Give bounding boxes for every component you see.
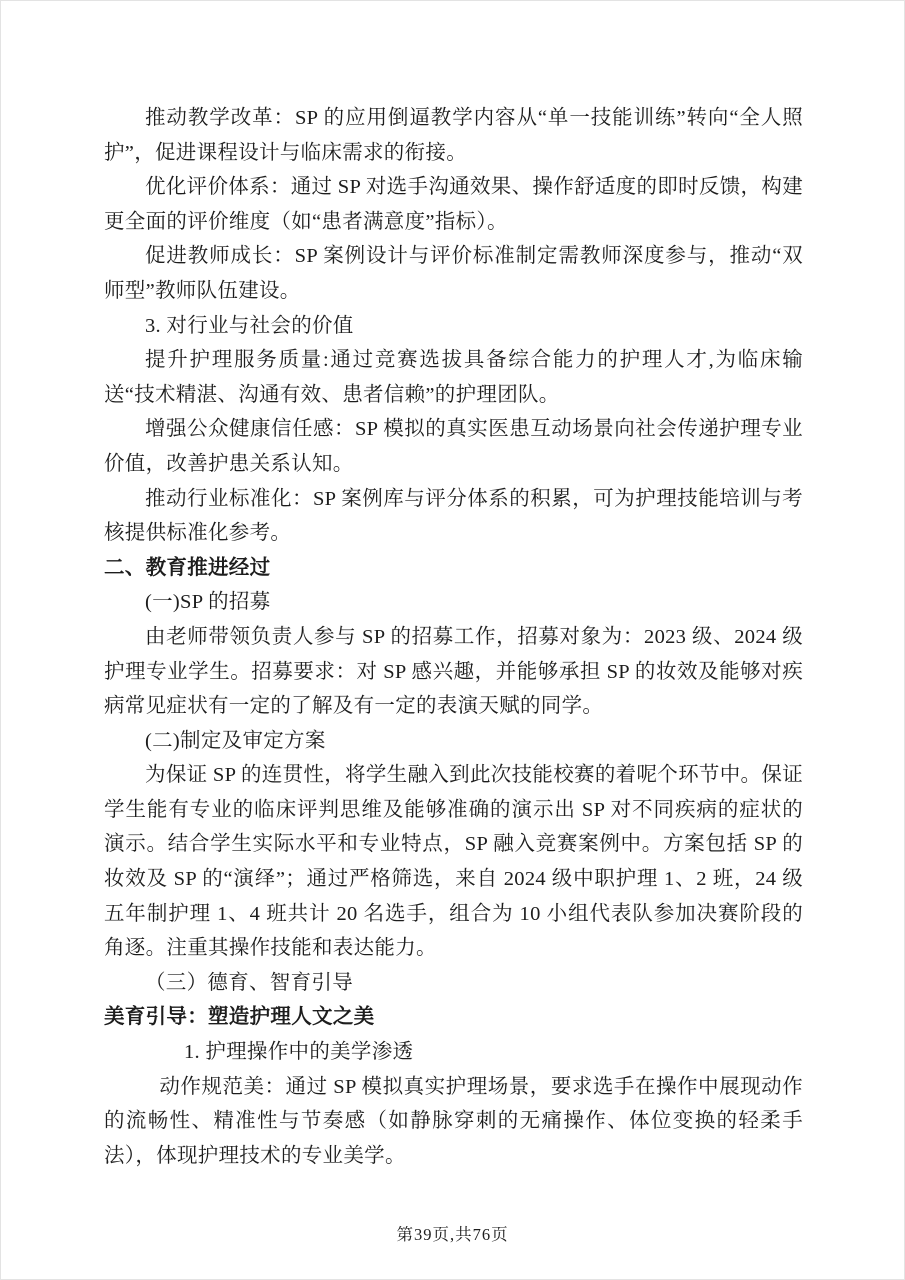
para-industry-standardization: 推动行业标准化：SP 案例库与评分体系的积累，可为护理技能培训与考核提供标准化参… <box>104 482 803 551</box>
para-evaluation-system: 优化评价体系：通过 SP 对选手沟通效果、操作舒适度的即时反馈，构建更全面的评价… <box>104 170 803 239</box>
para-plan-details: 为保证 SP 的连贯性，将学生融入到此次技能校赛的着呢个环节中。保证学生能有专业… <box>104 758 803 966</box>
list-item-aesthetic-infiltration: 1. 护理操作中的美学渗透 <box>104 1035 803 1070</box>
subheading-sp-recruitment: (一)SP 的招募 <box>104 585 803 620</box>
para-teaching-reform: 推动教学改革：SP 的应用倒逼教学内容从“单一技能训练”转向“全人照护”，促进课… <box>104 101 803 170</box>
para-service-quality: 提升护理服务质量:通过竞赛选拔具备综合能力的护理人才,为临床输送“技术精湛、沟通… <box>104 343 803 412</box>
heading-aesthetic-education: 美育引导：塑造护理人文之美 <box>104 1000 803 1035</box>
para-action-standard-beauty: 动作规范美：通过 SP 模拟真实护理场景，要求选手在操作中展现动作的流畅性、精准… <box>104 1070 803 1174</box>
para-public-trust: 增强公众健康信任感：SP 模拟的真实医患互动场景向社会传递护理专业价值，改善护患… <box>104 412 803 481</box>
subheading-plan-formulation: (二)制定及审定方案 <box>104 724 803 759</box>
para-recruitment-details: 由老师带领负责人参与 SP 的招募工作，招募对象为：2023 级、2024 级护… <box>104 620 803 724</box>
document-body: 推动教学改革：SP 的应用倒逼教学内容从“单一技能训练”转向“全人照护”，促进课… <box>104 101 803 1173</box>
para-teacher-growth: 促进教师成长：SP 案例设计与评价标准制定需教师深度参与，推动“双师型”教师队伍… <box>104 239 803 308</box>
heading-education-process: 二、教育推进经过 <box>104 551 803 586</box>
page-number: 第39页,共76页 <box>1 1221 904 1245</box>
list-item-industry-value: 3. 对行业与社会的价值 <box>104 309 803 344</box>
document-page: 推动教学改革：SP 的应用倒逼教学内容从“单一技能训练”转向“全人照护”，促进课… <box>0 0 905 1280</box>
subheading-moral-education: （三）德育、智育引导 <box>104 966 803 1001</box>
